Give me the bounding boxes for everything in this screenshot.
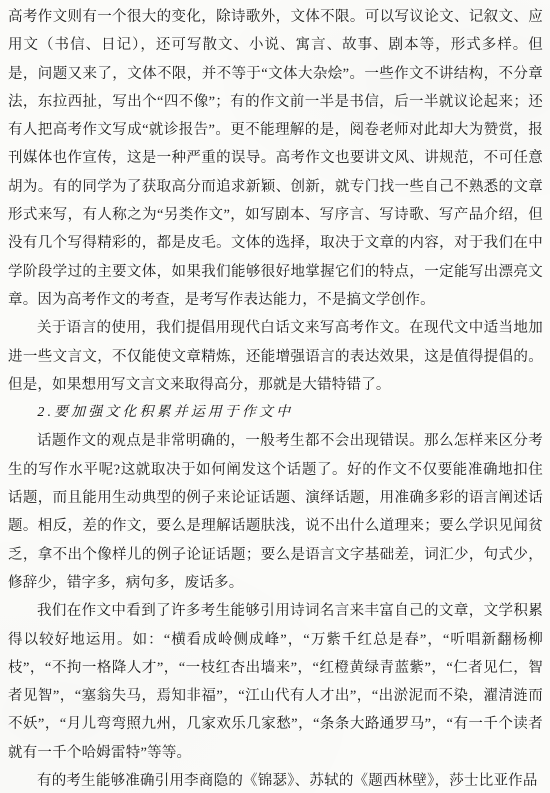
document-page: 高考作文则有一个很大的变化，除诗歌外，文体不限。可以写议论文、记叙文、应用文（书…: [0, 0, 550, 793]
paragraph-essay-style-freedom: 高考作文则有一个很大的变化，除诗歌外，文体不限。可以写议论文、记叙文、应用文（书…: [8, 3, 543, 314]
paragraph-classic-citations: 有的考生能够准确引用李商隐的《锦瑟》、苏轼的《题西林壁》，莎士比亚作品: [8, 767, 543, 793]
paragraph-language-use: 关于语言的使用，我们提倡用现代白话文来写高考作文。在现代文中适当地加进一些文言文…: [8, 314, 543, 399]
paragraph-poetry-quotations: 我们在作文中看到了许多考生能够引用诗词名言来丰富自己的文章，文学积累得以较好地运…: [8, 597, 543, 767]
paragraph-topic-essay-levels: 话题作文的观点是非常明确的，一般考生都不会出现错误。那么怎样来区分考生的写作水平…: [8, 427, 543, 597]
section-heading-cultural-accumulation: 2.要加强文化积累并运用于作文中: [8, 399, 543, 427]
